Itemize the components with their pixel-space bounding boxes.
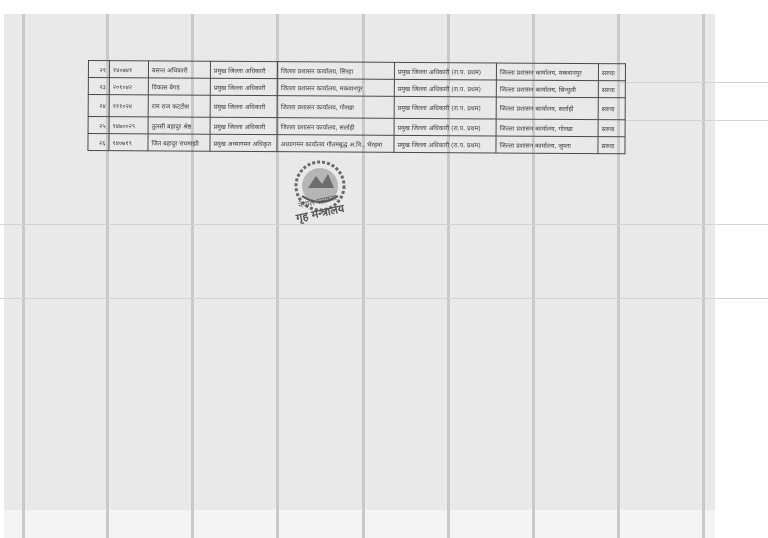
table-row: २४ १११०२४ राम राज कटटीस प्रमुख जिल्ला अध… [88,95,625,120]
new-post: प्रमुख जिल्ला अधिकारी (रा.प. प्रथम) [394,96,496,119]
employee-name: विकास बेगड [148,78,210,95]
scan-bottom-margin [4,510,715,538]
employee-id: १४७००२९ [109,117,148,134]
scan-streak [702,14,705,538]
serial-number: २३ [88,78,109,95]
scan-artifact-line [620,82,768,83]
new-post: प्रमुख जिल्ला अधिकारी (रा.प. प्रथम) [394,79,496,97]
transfer-table: २१ १४०७४१ बसन्त अधिकारी प्रमुख जिल्ला अध… [87,60,626,154]
scan-streak [22,14,25,538]
employee-name: राम राज कटटीस [148,95,210,117]
remark: सरुवा [598,137,625,154]
current-office: जिल्ला प्रशासन कार्यालय, मकवानपुर [277,79,394,97]
current-office: जिल्ला प्रशासन कार्यालय, सिरहा [277,62,394,80]
employee-id: २०१०४२ [109,78,148,95]
new-post: प्रमुख जिल्ला अधिकारी (रा.प. प्रथम) [394,135,496,153]
scan-artifact-line [0,224,768,225]
employee-name: तुलसी बहादुर श्रेष्ठ [148,117,210,134]
employee-name: जित बहादुर रायमाझी [148,134,210,151]
employee-name: बसन्त अधिकारी [148,61,210,78]
current-office: जिल्ला प्रशासन कार्यालय, गोरखा [277,96,394,119]
remark: सरुवा [598,64,625,81]
serial-number: २१ [88,61,109,78]
current-post: प्रमुख जिल्ला अधिकारी [210,61,277,78]
remark: सरुवा [598,81,625,98]
remark: सरुवा [598,98,625,120]
scan-artifact-line [0,298,768,299]
serial-number: २६ [88,134,109,151]
current-post: प्रमुख जिल्ला अधिकारी [210,95,277,117]
remark: सरुवा [598,120,625,137]
serial-number: २५ [88,117,109,134]
serial-number: २४ [88,95,109,117]
new-post: प्रमुख जिल्ला अधिकारी (रा.प. प्रथम) [394,62,496,80]
employee-id: १४०७१९ [109,134,148,151]
current-office: जिल्ला प्रशासन कार्यालय, सर्लाही [277,118,394,136]
new-post: प्रमुख जिल्ला अधिकारी (रा.प. प्रथम) [394,118,496,136]
new-office: जिल्ला प्रशासन कार्यालय, मकवानपुर [496,63,598,81]
new-office: जिल्ला प्रशासन कार्यालय, सिन्धुली [496,80,598,98]
current-post: प्रमुख जिल्ला अधिकारी [210,78,277,95]
employee-id: १११०२४ [109,95,148,117]
scan-artifact-line [620,120,768,121]
new-office: जिल्ला प्रशासन कार्यालय, गोरखा [496,119,598,137]
new-office: जिल्ला प्रशासन कार्यालय, सर्लाही [496,97,598,120]
current-post: प्रमुख अध्यागमन अधिकृत [210,134,277,151]
employee-id: १४०७४१ [109,61,148,78]
new-office: जिल्ला प्रशासन कार्यालय, जुम्ला [496,136,598,154]
current-post: प्रमुख जिल्ला अधिकारी [210,117,277,134]
table-row: २६ १४०७१९ जित बहादुर रायमाझी प्रमुख अध्य… [88,134,625,154]
current-office: अध्यागमन कार्यालय गौतमबुद्ध अ.वि., भैरहव… [277,135,394,153]
